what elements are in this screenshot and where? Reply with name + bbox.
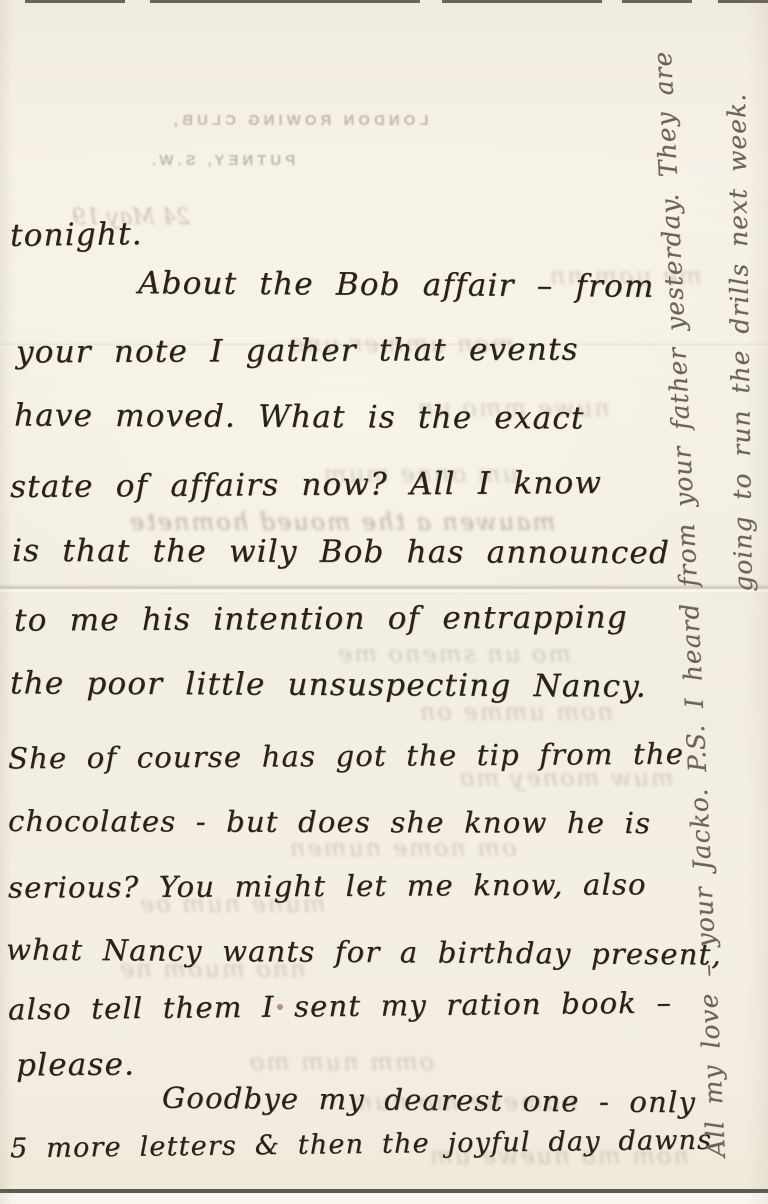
letter-scan: LONDON ROWING CLUB, PUTNEY, S.W. 24 May …	[0, 0, 768, 1204]
letter-line: state of affairs now? All I know	[10, 464, 602, 507]
letter-line: About the Bob affair – from	[138, 264, 655, 306]
letter-line: serious? You might let me know, also	[8, 866, 647, 906]
ink-speck	[277, 1004, 283, 1010]
ghost-line: omm num mo	[248, 1048, 434, 1076]
letter-line: She of course has got the tip from the	[8, 736, 684, 777]
fold-crease-middle	[0, 584, 768, 594]
letter-line: tonight.	[10, 215, 143, 256]
letter-line: to me his intention of entrapping	[14, 598, 628, 640]
scan-edge-dash	[25, 0, 125, 3]
scanner-background-strip	[0, 1193, 768, 1204]
letterhead-ghost-putney: PUTNEY, S.W.	[148, 152, 295, 169]
letter-line: also tell them I sent my ration book –	[8, 985, 672, 1028]
scan-edge-dash	[622, 0, 692, 3]
letter-line: Goodbye my dearest one - only	[162, 1080, 696, 1121]
letter-line: what Nancy wants for a birthday present,	[6, 932, 722, 973]
letter-line: chocolates - but does she know he is	[8, 803, 651, 841]
scan-edge-dash	[718, 0, 768, 3]
ghost-line: mo un smeno me	[336, 640, 571, 668]
letterhead-ghost-club: LONDON ROWING CLUB,	[170, 112, 428, 129]
letter-line: have moved. What is the exact	[14, 397, 585, 439]
letter-line: please.	[16, 1045, 135, 1085]
scan-edge-dash	[442, 0, 602, 3]
letter-line: is that the wily Bob has announced	[12, 532, 670, 573]
scan-edge-dash	[150, 0, 420, 3]
letter-line: the poor little unsuspecting Nancy.	[10, 664, 647, 706]
vertical-postscript-line2: going to run the drills next week.	[721, 27, 758, 592]
letter-line: your note I gather that events	[16, 331, 579, 373]
